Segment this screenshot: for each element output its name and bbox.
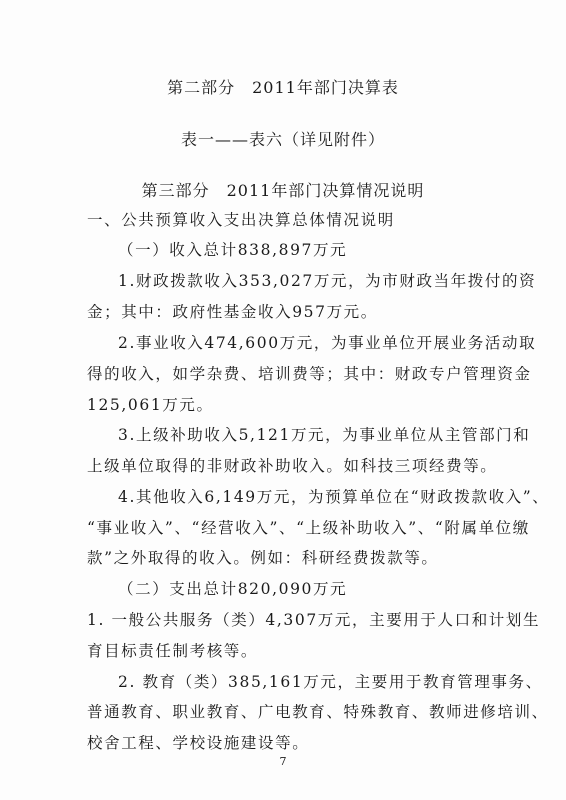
part2-title: 第二部分 2011年部门决算表 (0, 78, 566, 98)
income-item-4-line-2: “事业收入”、“经营收入”、“上级补助收入”、“附属单位缴 (87, 518, 530, 538)
expense-item-2-line-1: 2. 教育（类）385,161万元，主要用于教育管理事务、 (118, 672, 543, 692)
expense-item-1-line-2: 育目标责任制考核等。 (87, 641, 258, 661)
income-heading: （一）收入总计838,897万元 (118, 240, 347, 260)
expense-item-2-line-3: 校舍工程、学校设施建设等。 (87, 733, 309, 753)
income-item-4-line-3: 款”之外取得的收入。例如：科研经费拨款等。 (87, 548, 439, 568)
income-item-2-line-3: 125,061万元。 (87, 395, 214, 415)
income-item-3-line-2: 上级单位取得的非财政补助收入。如科技三项经费等。 (87, 456, 497, 476)
income-item-1-line-2: 金；其中：政府性基金收入957万元。 (87, 302, 378, 322)
part3-title: 第三部分 2011年部门决算情况说明 (0, 181, 566, 201)
income-item-4-line-1: 4.其他收入6,149万元，为预算单位在“财政拨款收入”、 (118, 487, 549, 507)
section1-title: 一、公共预算收入支出决算总体情况说明 (87, 210, 395, 230)
income-item-3-line-1: 3.上级补助收入5,121万元，为事业单位从主管部门和 (118, 425, 530, 445)
document-page: 第二部分 2011年部门决算表 表一——表六（详见附件） 第三部分 2011年部… (0, 0, 566, 800)
page-number: 7 (0, 752, 566, 772)
income-item-1-line-1: 1.财政拨款收入353,027万元，为市财政当年拨付的资 (118, 271, 536, 291)
income-item-2-line-2: 得的收入，如学杂费、培训费等；其中：财政专户管理资金 (87, 364, 532, 384)
expense-item-1-line-1: 1. 一般公共服务（类）4,307万元，主要用于人口和计划生 (87, 610, 540, 630)
income-item-2-line-1: 2.事业收入474,600万元，为事业单位开展业务活动取 (118, 333, 536, 353)
expense-item-2-line-2: 普通教育、职业教育、广电教育、特殊教育、教师进修培训、 (87, 702, 549, 722)
expense-heading: （二）支出总计820,090万元 (118, 579, 347, 599)
part2-subtitle: 表一——表六（详见附件） (0, 130, 566, 150)
